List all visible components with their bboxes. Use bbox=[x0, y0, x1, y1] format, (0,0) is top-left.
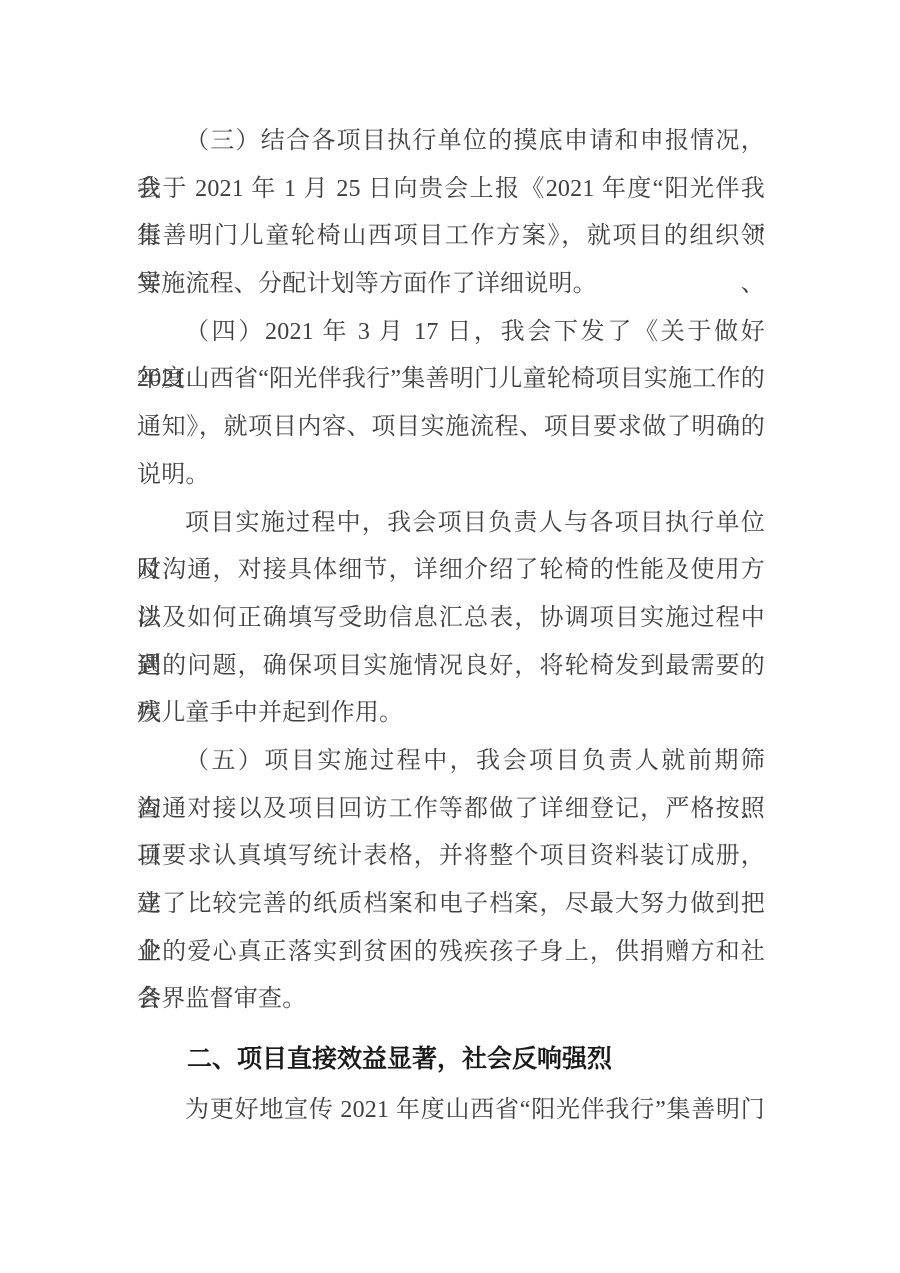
text-line: 项目实施过程中，我会项目负责人与各项目执行单位及 bbox=[137, 500, 765, 548]
paragraph-item-5: （五）项目实施过程中，我会项目负责人就前期筛查、 沟通对接以及项目回访工作等都做… bbox=[137, 738, 765, 1024]
text-line: 沟通对接以及项目回访工作等都做了详细登记，严格按照项 bbox=[137, 786, 765, 834]
text-line: 会于 2021 年 1 月 25 日向贵会上报《2021 年度“阳光伴我行” bbox=[137, 166, 765, 214]
text-line: （四）2021 年 3 月 17 日，我会下发了《关于做好 2021 bbox=[137, 309, 765, 357]
text-line: 疾儿童手中并起到作用。 bbox=[137, 690, 765, 738]
paragraph-implementation: 项目实施过程中，我会项目负责人与各项目执行单位及 时沟通，对接具体细节，详细介绍… bbox=[137, 500, 765, 738]
paragraph-closing-intro: 为更好地宣传 2021 年度山西省“阳光伴我行”集善明门 bbox=[137, 1087, 765, 1135]
text-line: 业的爱心真正落实到贫困的残疾孩子身上，供捐赠方和社会 bbox=[137, 929, 765, 977]
text-line: 为更好地宣传 2021 年度山西省“阳光伴我行”集善明门 bbox=[137, 1087, 765, 1135]
text-line: 通知》，就项目内容、项目实施流程、项目要求做了明确的 bbox=[137, 404, 765, 452]
text-line: 说明。 bbox=[137, 452, 765, 500]
text-line: 年度山西省“阳光伴我行”集善明门儿童轮椅项目实施工作的 bbox=[137, 356, 765, 404]
text-line: （五）项目实施过程中，我会项目负责人就前期筛查、 bbox=[137, 738, 765, 786]
paragraph-item-4: （四）2021 年 3 月 17 日，我会下发了《关于做好 2021 年度山西省… bbox=[137, 309, 765, 500]
section-heading-2: 二、项目直接效益显著，社会反响强烈 bbox=[137, 1036, 765, 1084]
text-line: （三）结合各项目执行单位的摸底申请和申报情况，我 bbox=[137, 118, 765, 166]
document-page: （三）结合各项目执行单位的摸底申请和申报情况，我 会于 2021 年 1 月 2… bbox=[0, 0, 900, 1273]
text-line: 立了比较完善的纸质档案和电子档案，尽最大努力做到把企 bbox=[137, 881, 765, 929]
text-line: 以及如何正确填写受助信息汇总表，协调项目实施过程中遇 bbox=[137, 595, 765, 643]
text-line: 时沟通，对接具体细节，详细介绍了轮椅的性能及使用方法 bbox=[137, 547, 765, 595]
text-line: 到的问题，确保项目实施情况良好，将轮椅发到最需要的残 bbox=[137, 643, 765, 691]
document-content: （三）结合各项目执行单位的摸底申请和申报情况，我 会于 2021 年 1 月 2… bbox=[137, 118, 765, 1134]
paragraph-item-3: （三）结合各项目执行单位的摸底申请和申报情况，我 会于 2021 年 1 月 2… bbox=[137, 118, 765, 309]
text-line: 目要求认真填写统计表格，并将整个项目资料装订成册，建 bbox=[137, 833, 765, 881]
text-line: 各界监督审查。 bbox=[137, 976, 765, 1024]
text-line: 集善明门儿童轮椅山西项目工作方案》，就项目的组织领导、 bbox=[137, 213, 765, 261]
